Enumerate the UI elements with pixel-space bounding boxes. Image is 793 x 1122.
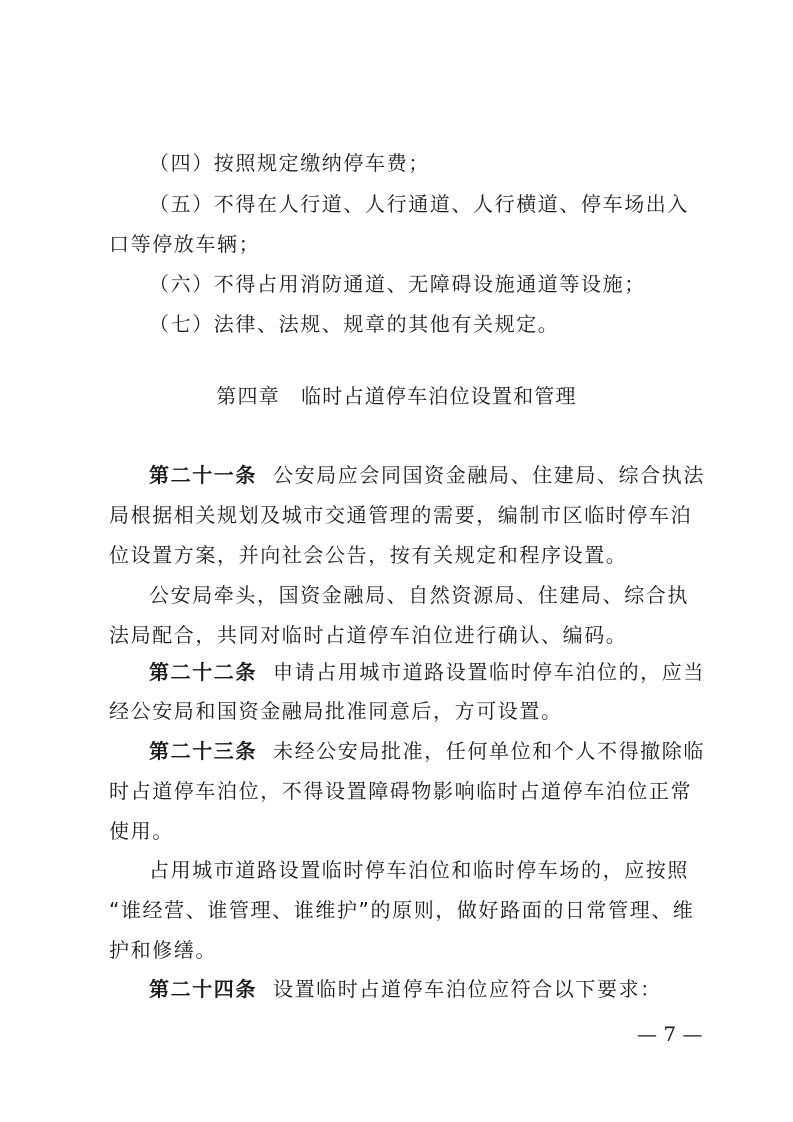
list-item-5: （五）不得在人行道、人行通道、人行横道、停车场出入 (149, 191, 689, 217)
article-23-line2: 时占道停车泊位，不得设置障碍物影响临时占道停车泊位正常 (109, 778, 692, 804)
paragraph-line1: 占用城市道路设置临时停车泊位和临时停车场的，应按照 (149, 857, 689, 883)
article-text: 设置临时占道停车泊位应符合以下要求： (273, 977, 662, 1001)
list-item-7: （七）法律、法规、规章的其他有关规定。 (149, 311, 559, 337)
article-text: 公安局应会同国资金融局、住建局、综合执法 (273, 463, 705, 487)
list-item-4: （四）按照规定缴纳停车费； (149, 150, 430, 176)
article-text: 申请占用城市道路设置临时停车泊位的，应当 (273, 660, 705, 684)
article-22: 第二十二条 申请占用城市道路设置临时停车泊位的，应当 (149, 659, 705, 685)
article-label: 第二十一条 (149, 463, 257, 487)
article-21: 第二十一条 公安局应会同国资金融局、住建局、综合执法 (149, 462, 705, 488)
article-22-line2: 经公安局和国资金融局批准同意后，方可设置。 (109, 698, 563, 724)
paragraph-line2: “谁经营、谁管理、谁维护”的原则，做好路面的日常管理、维 (109, 897, 695, 923)
document-page: （四）按照规定缴纳停车费； （五）不得在人行道、人行通道、人行横道、停车场出入 … (0, 0, 793, 1122)
paragraph-line3: 护和修缮。 (109, 937, 217, 963)
page-number: — 7 — (637, 1022, 702, 1046)
list-item-5-cont: 口等停放车辆； (109, 231, 260, 257)
article-23: 第二十三条 未经公安局批准，任何单位和个人不得撤除临 (149, 738, 705, 764)
article-label: 第二十四条 (149, 977, 257, 1001)
article-21-line2: 局根据相关规划及城市交通管理的需要，编制市区临时停车泊 (109, 502, 692, 528)
article-21-line3: 位设置方案，并向社会公告，按有关规定和程序设置。 (109, 542, 627, 568)
article-label: 第二十二条 (149, 660, 257, 684)
article-24: 第二十四条 设置临时占道停车泊位应符合以下要求： (149, 976, 662, 1002)
paragraph-line2: 法局配合，共同对临时占道停车泊位进行确认、编码。 (109, 622, 627, 648)
paragraph-line1: 公安局牵头，国资金融局、自然资源局、住建局、综合执 (149, 582, 689, 608)
chapter-title: 第四章 临时占道停车泊位设置和管理 (0, 383, 793, 409)
article-label: 第二十三条 (149, 739, 257, 763)
article-text: 未经公安局批准，任何单位和个人不得撤除临 (273, 739, 705, 763)
article-23-line3: 使用。 (109, 818, 174, 844)
list-item-6: （六）不得占用消防通道、无障碍设施通道等设施； (149, 271, 646, 297)
